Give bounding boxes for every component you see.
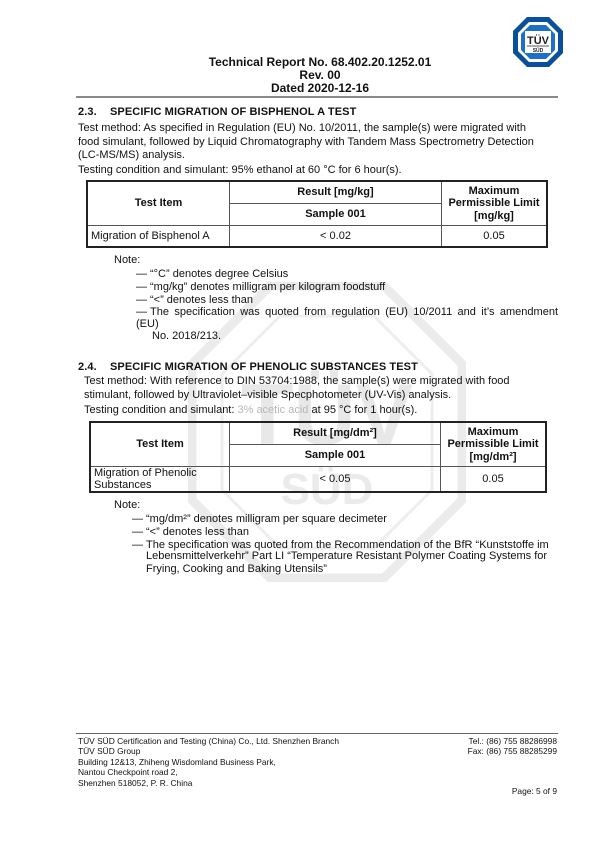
col-header-result: Result [mg/dm²] xyxy=(230,422,441,444)
section-2-3-method: Test method: As specified in Regulation … xyxy=(78,122,534,163)
cell-sample-001: < 0.02 xyxy=(230,225,442,247)
note-item: —“°C” denotes degree Celsius xyxy=(136,268,288,281)
section-2-3-condition: Testing condition and simulant: 95% etha… xyxy=(78,164,402,178)
header-divider xyxy=(76,96,558,98)
note-continuation: Lebensmittelverkehr” Part LI “Temperatur… xyxy=(146,550,547,563)
note-item: —“mg/dm²” denotes milligram per square d… xyxy=(132,513,387,526)
table-row: Migration of Bisphenol A < 0.02 0.05 xyxy=(87,225,547,247)
col-header-limit: Maximum Permissible Limit [mg/kg] xyxy=(442,181,548,225)
note-item: —The specification was quoted from regul… xyxy=(136,306,558,319)
note-continuation: No. 2018/213. xyxy=(152,330,221,343)
footer-contact: Tel.: (86) 755 88286998 Fax: (86) 755 88… xyxy=(468,736,557,757)
section-2-4-condition: Testing condition and simulant: 3% aceti… xyxy=(84,404,417,418)
note-label: Note: xyxy=(114,499,140,511)
cell-limit: 0.05 xyxy=(441,466,547,492)
svg-text:SÜD: SÜD xyxy=(533,47,544,54)
section-2-3-heading: 2.3.SPECIFIC MIGRATION OF BISPHENOL A TE… xyxy=(78,106,356,118)
note-item: —“<” denotes less than xyxy=(132,526,249,539)
note-item: —“mg/kg” denotes milligram per kilogram … xyxy=(136,281,385,294)
col-header-test-item: Test Item xyxy=(87,181,230,225)
section-2-4-method: Test method: With reference to DIN 53704… xyxy=(84,375,510,402)
table-row: Migration of Phenolic Substances < 0.05 … xyxy=(90,466,546,492)
cell-test-item: Migration of Phenolic Substances xyxy=(90,466,230,492)
page-number: Page: 5 of 9 xyxy=(512,786,557,796)
note-label: Note: xyxy=(114,254,140,266)
tuv-sud-logo-icon: TÜV SÜD xyxy=(512,16,564,68)
note-continuation: Frying, Cooking and Baking Utensils” xyxy=(146,563,327,576)
footer-address: TÜV SÜD Certification and Testing (China… xyxy=(78,736,339,788)
svg-text:TÜV: TÜV xyxy=(527,34,550,47)
footer-divider xyxy=(76,733,558,734)
footer-fax: Fax: (86) 755 88285299 xyxy=(468,746,557,756)
col-header-sample-001: Sample 001 xyxy=(230,444,441,466)
cell-test-item: Migration of Bisphenol A xyxy=(87,225,230,247)
cell-limit: 0.05 xyxy=(442,225,548,247)
col-header-limit: Maximum Permissible Limit [mg/dm²] xyxy=(441,422,547,466)
footer-tel: Tel.: (86) 755 88286998 xyxy=(468,736,557,746)
report-date: Dated 2020-12-16 xyxy=(150,82,490,95)
cell-sample-001: < 0.05 xyxy=(230,466,441,492)
col-header-test-item: Test Item xyxy=(90,422,230,466)
phenolic-substances-results-table: Test Item Result [mg/dm²] Maximum Permis… xyxy=(89,421,547,493)
bisphenol-a-results-table: Test Item Result [mg/kg] Maximum Permiss… xyxy=(86,180,548,248)
col-header-sample-001: Sample 001 xyxy=(230,203,442,225)
section-2-4-heading: 2.4.SPECIFIC MIGRATION OF PHENOLIC SUBST… xyxy=(78,361,418,373)
simulant-name: 3% acetic acid xyxy=(237,404,308,416)
col-header-result: Result [mg/kg] xyxy=(230,181,442,203)
